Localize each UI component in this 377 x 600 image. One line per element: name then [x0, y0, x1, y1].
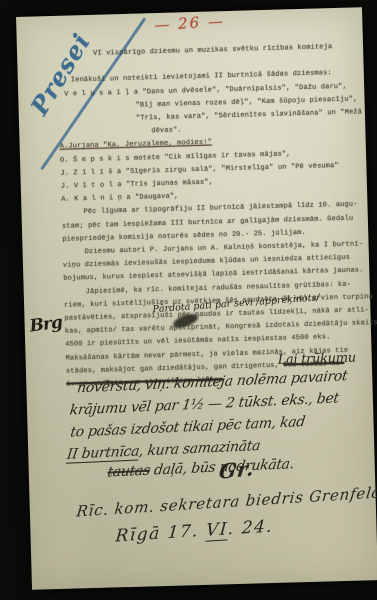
- date-suffix: . 24.: [227, 516, 274, 539]
- date-prefix: Rīgā 17.: [115, 521, 207, 547]
- signature-role-line: Rīc. kom. sekretara biedris Grenfelds: [76, 483, 377, 521]
- typed-body: VI vispārīgo dziesmu un muzikas svētku r…: [57, 40, 364, 391]
- underlined-title: A.Jurjana "Ka, Jeruzaleme, modies!": [60, 139, 212, 151]
- underlined-handwriting: II burtnīca: [66, 443, 140, 463]
- handwritten-inline-start: Lai trūkumu: [278, 351, 357, 368]
- page-number: — 26 —: [154, 12, 226, 34]
- document-page: — 26 — Presei VI vispārīgo dziesmu un mu…: [16, 7, 377, 589]
- date-month-underlined: VI: [205, 519, 229, 542]
- struck-handwriting: tautas: [107, 463, 151, 481]
- approver-initials: Gr.: [218, 456, 256, 484]
- document-photo: — 26 — Presei VI vispārīgo dziesmu un mu…: [0, 0, 377, 600]
- place-date-line: Rīgā 17. VI. 24.: [115, 516, 274, 546]
- margin-initials: Brg: [28, 312, 63, 336]
- handwritten-line: to pašas izdošot tikai pēc tam, kad: [69, 414, 306, 441]
